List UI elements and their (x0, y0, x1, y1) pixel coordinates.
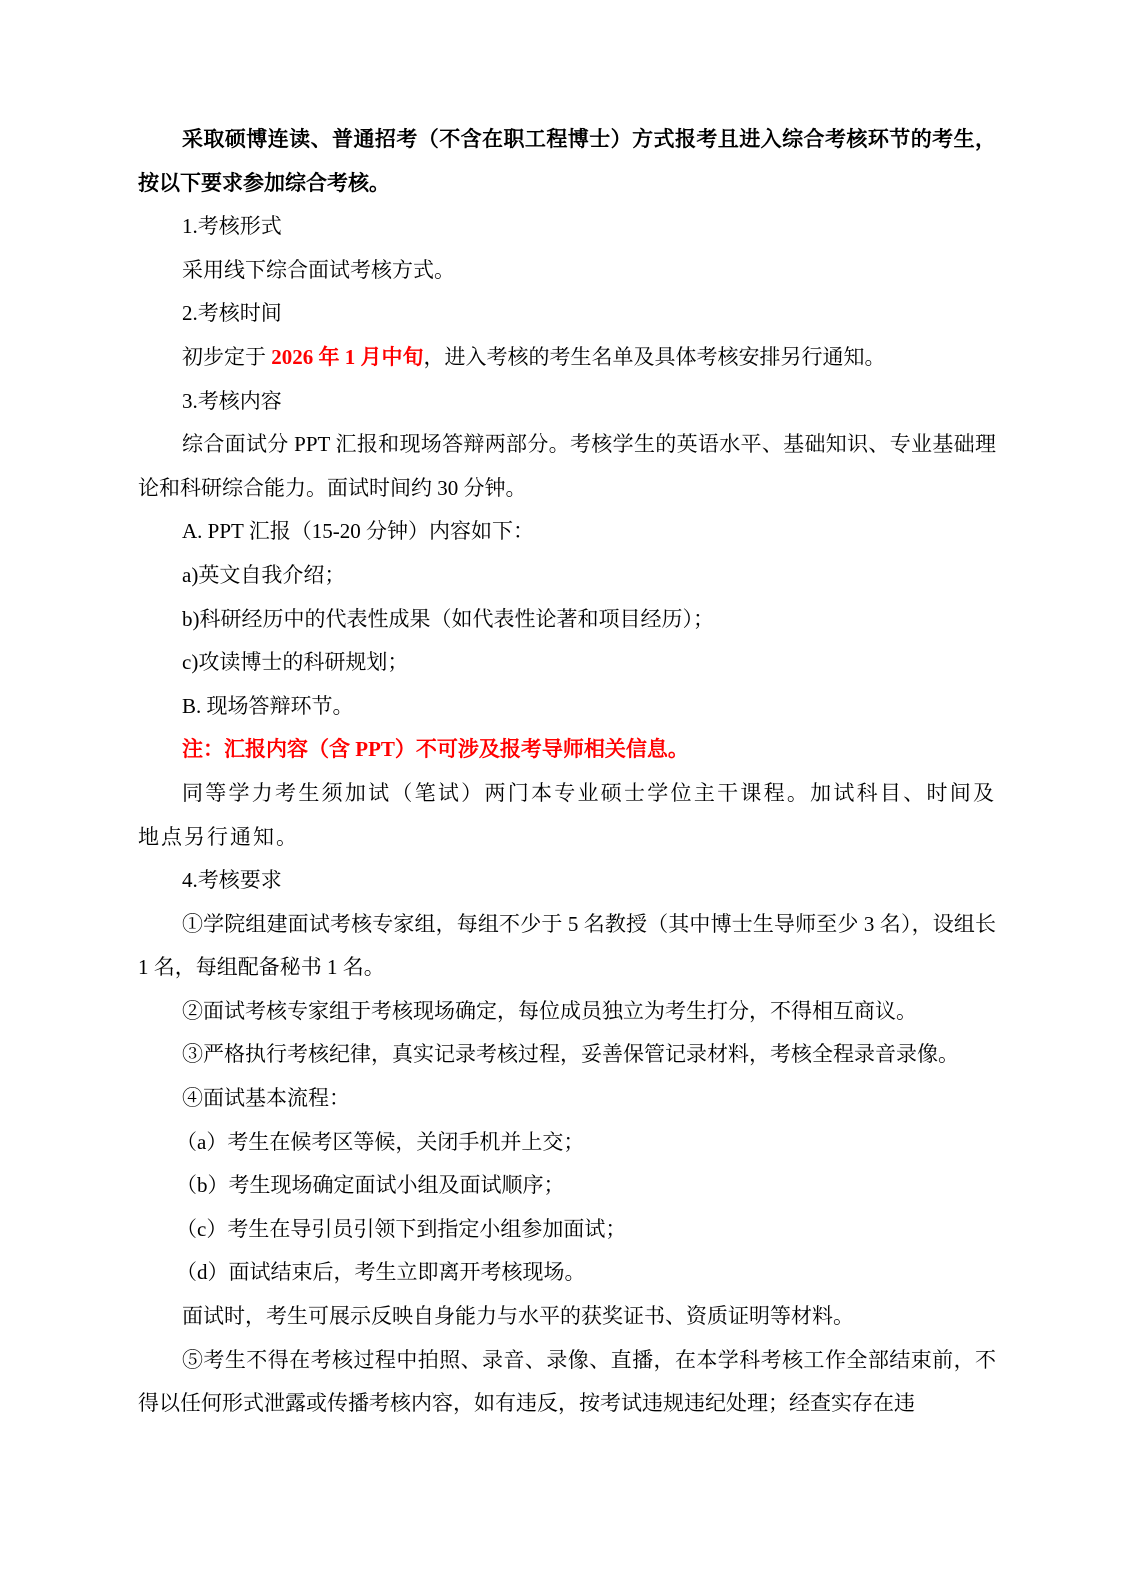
flow-step-c: （c）考生在导引员引领下到指定小组参加面试； (138, 1208, 996, 1252)
section-3-body: 综合面试分 PPT 汇报和现场答辩两部分。考核学生的英语水平、基础知识、专业基础… (138, 423, 996, 510)
section-4-title: 4.考核要求 (138, 859, 996, 903)
document-page: 采取硕博连读、普通招考（不含在职工程博士）方式报考且进入综合考核环节的考生，按以… (138, 118, 996, 1426)
ppt-item-c: c)攻读博士的科研规划； (138, 641, 996, 685)
flow-step-b: （b）考生现场确定面试小组及面试顺序； (138, 1164, 996, 1208)
section-2-title: 2.考核时间 (138, 292, 996, 336)
section-3-title: 3.考核内容 (138, 380, 996, 424)
note-warning: 注：汇报内容（含 PPT）不可涉及报考导师相关信息。 (138, 728, 996, 772)
exam-date-highlight: 2026 年 1 月中旬 (266, 345, 424, 369)
equivalent-degree-paragraph: 同等学力考生须加试（笔试）两门本专业硕士学位主干课程。加试科目、时间及地点另行通… (138, 772, 996, 859)
defense-title: B. 现场答辩环节。 (138, 685, 996, 729)
requirement-2: ②面试考核专家组于考核现场确定，每位成员独立为考生打分，不得相互商议。 (138, 990, 996, 1034)
requirement-4: ④面试基本流程： (138, 1077, 996, 1121)
section-2-prefix: 初步定于 (182, 345, 266, 369)
ppt-item-b: b)科研经历中的代表性成果（如代表性论著和项目经历）； (138, 598, 996, 642)
requirement-5: ⑤考生不得在考核过程中拍照、录音、录像、直播，在本学科考核工作全部结束前，不得以… (138, 1339, 996, 1426)
flow-step-d: （d）面试结束后，考生立即离开考核现场。 (138, 1251, 996, 1295)
flow-step-a: （a）考生在候考区等候，关闭手机并上交； (138, 1121, 996, 1165)
section-1-title: 1.考核形式 (138, 205, 996, 249)
intro-paragraph: 采取硕博连读、普通招考（不含在职工程博士）方式报考且进入综合考核环节的考生，按以… (138, 118, 996, 205)
section-1-body: 采用线下综合面试考核方式。 (138, 249, 996, 293)
section-2-body: 初步定于 2026 年 1 月中旬，进入考核的考生名单及具体考核安排另行通知。 (138, 336, 996, 380)
ppt-report-title: A. PPT 汇报（15-20 分钟）内容如下： (138, 510, 996, 554)
section-2-suffix: ，进入考核的考生名单及具体考核安排另行通知。 (424, 345, 886, 369)
requirement-3: ③严格执行考核纪律，真实记录考核过程，妥善保管记录材料，考核全程录音录像。 (138, 1033, 996, 1077)
materials-paragraph: 面试时，考生可展示反映自身能力与水平的获奖证书、资质证明等材料。 (138, 1295, 996, 1339)
ppt-item-a: a)英文自我介绍； (138, 554, 996, 598)
requirement-1: ①学院组建面试考核专家组，每组不少于 5 名教授（其中博士生导师至少 3 名），… (138, 903, 996, 990)
